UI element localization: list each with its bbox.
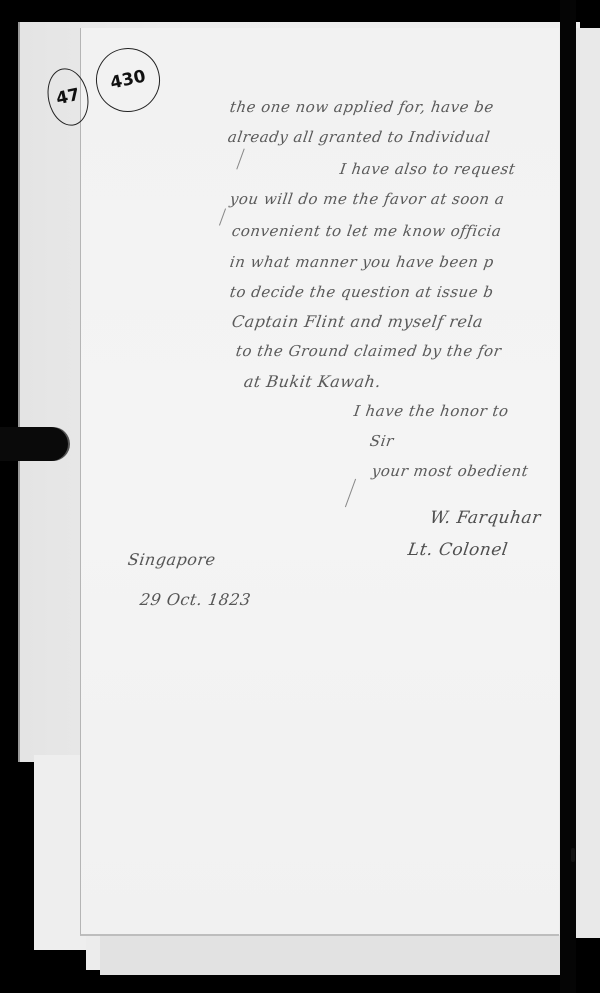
next-page-edge (576, 28, 600, 938)
letter-place: Singapore (127, 550, 217, 569)
underlying-page-bottom (100, 935, 570, 975)
folio-number: 47 (54, 85, 81, 109)
letter-line: the one now applied for, have be (229, 98, 495, 116)
ink-mark (571, 848, 575, 862)
letter-line: at Bukit Kawah. (243, 372, 383, 391)
letter-line: convenient to let me know officia (231, 222, 503, 240)
closing-line: I have the honor to (353, 402, 510, 420)
folio-number: 430 (109, 67, 148, 94)
binder-clip-icon (0, 427, 68, 461)
letter-line: Captain Flint and myself rela (231, 312, 485, 331)
closing-line: your most obedient (371, 462, 530, 480)
closing-salutation: Sir (369, 432, 395, 450)
signature-title: Lt. Colonel (407, 540, 510, 560)
page-gutter-shadow (560, 0, 576, 993)
letter-line: in what manner you have been p (229, 253, 495, 271)
letter-line: to decide the question at issue b (229, 283, 495, 301)
signature-name: W. Farquhar (429, 508, 543, 528)
letter-line: I have also to request (339, 160, 517, 178)
letter-line: already all granted to Individual (227, 128, 492, 146)
letter-line: you will do me the favor at soon a (229, 190, 506, 208)
letter-line: to the Ground claimed by the for (235, 342, 503, 360)
letter-date: 29 Oct. 1823 (139, 590, 253, 609)
